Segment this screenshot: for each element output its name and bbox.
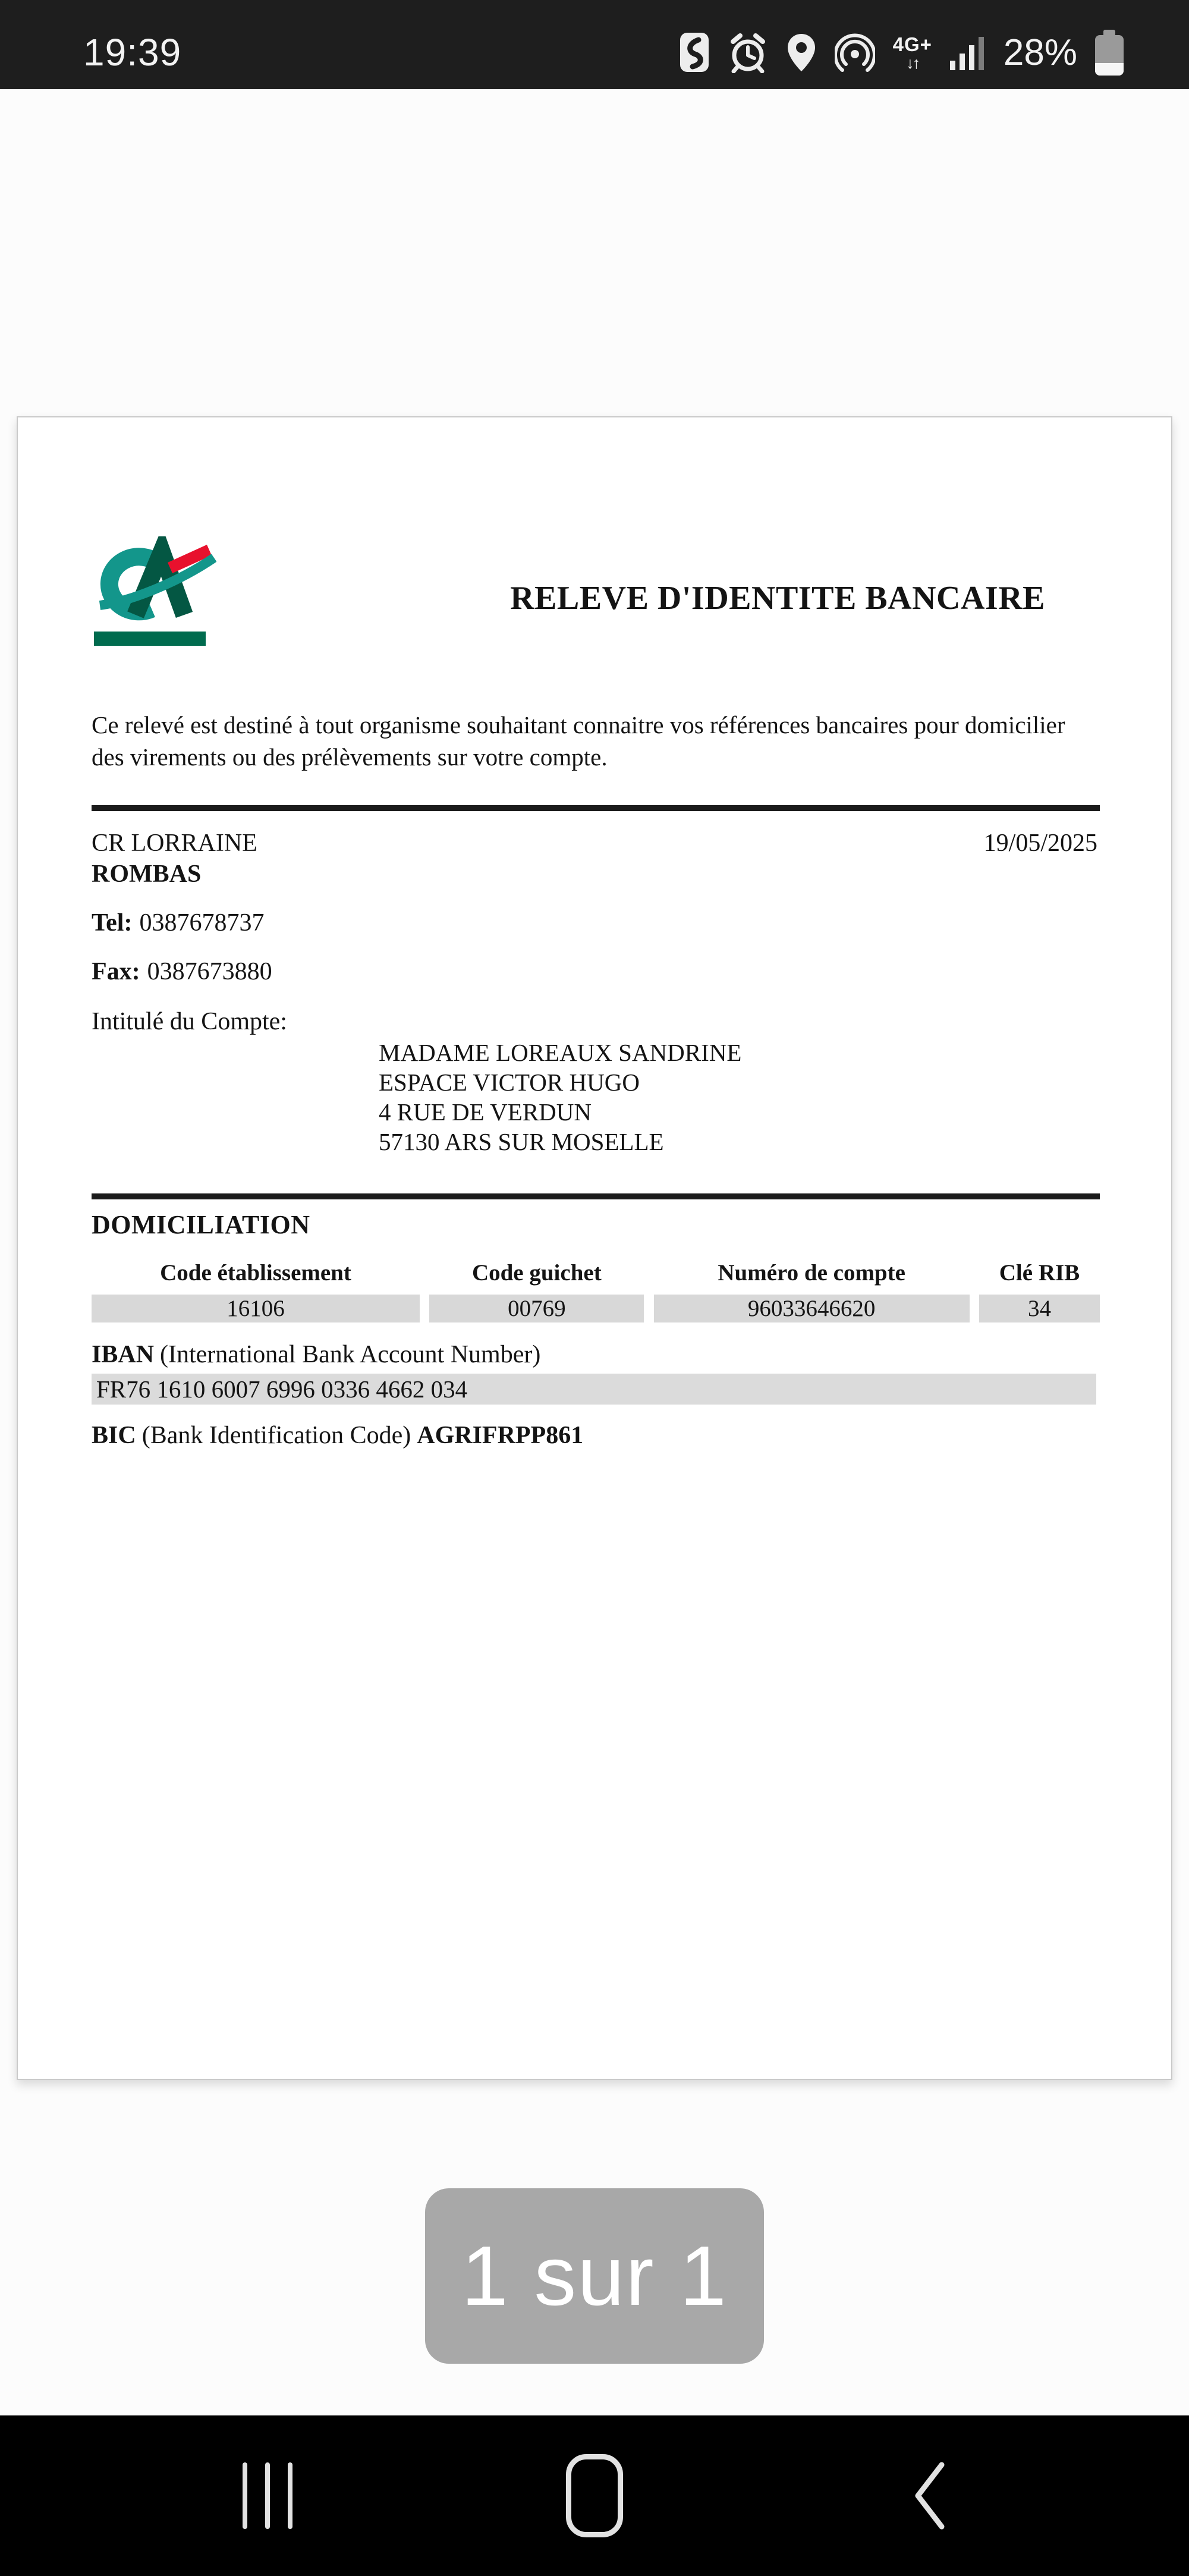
rib-header-cle: Clé RIB [979,1259,1100,1286]
rib-header-guichet: Code guichet [429,1259,644,1286]
back-button[interactable] [908,2415,950,2576]
bic-value: AGRIFRPP861 [417,1422,583,1449]
document-title: RELEVE D'IDENTITE BANCAIRE [510,579,1045,617]
account-title-label: Intitulé du Compte: [92,1007,287,1036]
iban-caption: (International Bank Account Number) [160,1341,540,1368]
device-care-icon [679,32,710,73]
iban-value: FR76 1610 6007 6996 0336 4662 034 [92,1374,1096,1405]
rib-value-compte: 96033646620 [654,1295,970,1322]
alarm-icon [728,32,768,73]
bic-label: BIC [92,1422,136,1449]
address-line: ESPACE VICTOR HUGO [379,1067,741,1097]
home-icon [566,2454,623,2537]
address-line: 4 RUE DE VERDUN [379,1097,741,1127]
account-holder-address: MADAME LOREAUX SANDRINE ESPACE VICTOR HU… [379,1038,741,1157]
page-indicator-badge: 1 sur 1 [425,2188,764,2364]
rib-value-cle: 34 [979,1295,1100,1322]
rib-header-etablissement: Code établissement [92,1259,420,1286]
hotspot-icon [835,32,875,73]
fax-label: Fax: [92,958,140,985]
rib-table-header: Code établissement Code guichet Numéro d… [92,1259,1100,1286]
recents-icon [243,2462,247,2529]
navigation-bar [0,2415,1189,2576]
rib-value-guichet: 00769 [429,1295,644,1322]
pdf-viewer[interactable]: RELEVE D'IDENTITE BANCAIRE Ce relevé est… [0,89,1189,2415]
iban-label: IBAN(International Bank Account Number) [92,1340,540,1369]
branch-name: CR LORRAINE [92,829,257,857]
bic-row: BIC(Bank Identification Code)AGRIFRPP861 [92,1421,583,1450]
domiciliation-heading: DOMICILIATION [92,1210,310,1240]
branch-city: ROMBAS [92,860,201,888]
data-arrows-icon: ↓↑ [906,55,919,71]
credit-agricole-logo-icon [92,536,216,649]
page-indicator-text: 1 sur 1 [461,2228,728,2325]
tel-label: Tel: [92,909,132,937]
home-button[interactable] [566,2415,623,2576]
address-line: 57130 ARS SUR MOSELLE [379,1127,741,1157]
rib-table-values: 16106 00769 96033646620 34 [92,1295,1100,1322]
address-line: MADAME LOREAUX SANDRINE [379,1038,741,1067]
document-page: RELEVE D'IDENTITE BANCAIRE Ce relevé est… [17,416,1172,2080]
signal-strength-icon [950,33,986,71]
bic-caption: (Bank Identification Code) [142,1422,411,1449]
battery-percentage: 28% [1004,32,1077,74]
tel-row: Tel:0387678737 [92,909,264,937]
divider [92,805,1100,811]
intro-paragraph: Ce relevé est destiné à tout organisme s… [92,709,1078,773]
statement-date: 19/05/2025 [984,829,1097,857]
fax-row: Fax:0387673880 [92,957,272,986]
tel-value: 0387678737 [139,909,264,937]
rib-value-etablissement: 16106 [92,1295,420,1322]
back-chevron-icon [908,2459,950,2533]
recents-button[interactable] [243,2415,292,2576]
status-bar: 19:39 4G+ ↓↑ [0,0,1189,89]
fax-value: 0387673880 [147,958,272,985]
network-type-indicator: 4G+ ↓↑ [893,34,932,71]
battery-icon [1095,30,1124,76]
clock: 19:39 [83,30,181,74]
location-icon [786,32,817,73]
rib-header-compte: Numéro de compte [654,1259,970,1286]
divider [92,1193,1100,1199]
status-icons: 4G+ ↓↑ 28% [679,30,1124,76]
